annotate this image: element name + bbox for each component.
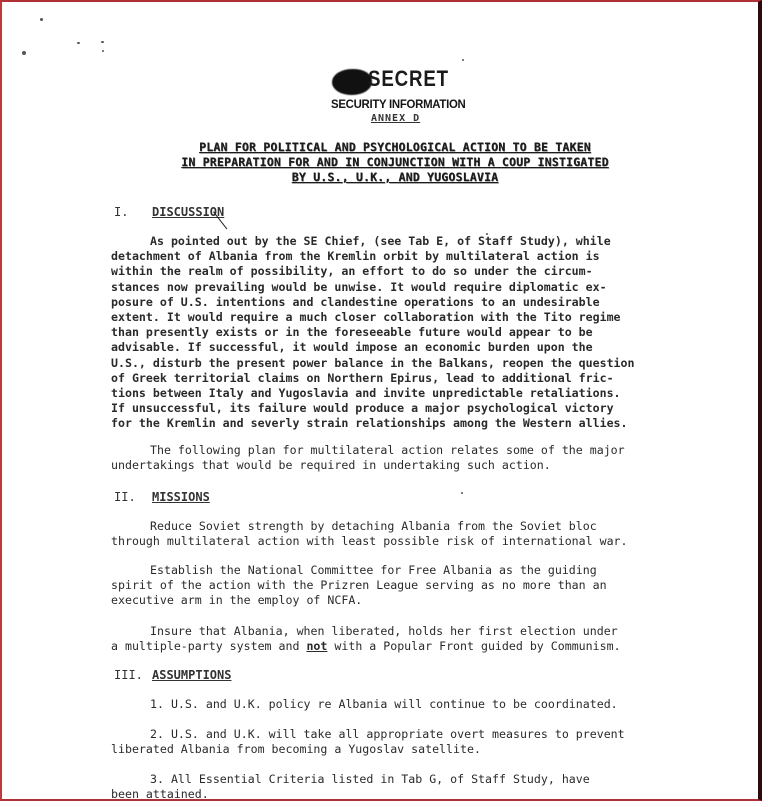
assumption-3: 3. All Essential Criteria listed in Tab … [111, 772, 651, 802]
text-line: of Greek territorial claims on Northern … [111, 371, 651, 386]
scan-speck [461, 492, 463, 494]
text-line: Insure that Albania, when liberated, hol… [111, 624, 651, 639]
missions-paragraph-1: Reduce Soviet strength by detaching Alba… [111, 519, 651, 549]
assumption-2: 2. U.S. and U.K. will take all appropria… [111, 727, 651, 757]
text-line: for the Kremlin and severly strain relat… [111, 416, 651, 431]
text-line: tions between Italy and Yugoslavia and i… [111, 386, 651, 401]
secret-stamp: SECRET [368, 66, 449, 92]
classification-stamp: SECRET SECURITY INFORMATION ANNEX D [328, 64, 468, 124]
text-line: 3. All Essential Criteria listed in Tab … [111, 772, 651, 787]
assumption-1: 1. U.S. and U.K. policy re Albania will … [111, 697, 651, 712]
scan-speck [102, 50, 104, 52]
security-information-label: SECURITY INFORMATION [331, 97, 465, 111]
title-line: PLAN FOR POLITICAL AND PSYCHOLOGICAL ACT… [150, 140, 640, 155]
scan-speck [22, 51, 26, 55]
scan-speck [101, 41, 104, 43]
discussion-paragraph-1: As pointed out by the SE Chief, (see Tab… [111, 234, 651, 432]
scan-speck [40, 18, 43, 21]
text-line: The following plan for multilateral acti… [111, 443, 651, 458]
missions-paragraph-2: Establish the National Committee for Fre… [111, 563, 651, 609]
text-line: liberated Albania from becoming a Yugosl… [111, 742, 651, 757]
text-line: detachment of Albania from the Kremlin o… [111, 249, 651, 264]
text-line: 1. U.S. and U.K. policy re Albania will … [111, 697, 651, 712]
text-line: undertakings that would be required in u… [111, 458, 651, 473]
section-number: II. [114, 490, 152, 504]
section-heading-missions: II.MISSIONS [114, 490, 210, 504]
title-line: BY U.S., U.K., AND YUGOSLAVIA [150, 170, 640, 185]
text-line: executive arm in the employ of NCFA. [111, 593, 651, 608]
scan-speck [462, 59, 464, 61]
scan-speck [77, 42, 80, 44]
text-line: advisable. If successful, it would impos… [111, 340, 651, 355]
text-line: than presently exists or in the foreseea… [111, 325, 651, 340]
text-line: stances now prevailing would be unwise. … [111, 280, 651, 295]
annex-label: ANNEX D [371, 113, 420, 124]
section-heading-discussion: I.DISCUSSION [114, 205, 224, 219]
emphasis-not: not [306, 639, 327, 653]
redaction-blot [332, 69, 372, 95]
missions-paragraph-3: Insure that Albania, when liberated, hol… [111, 624, 651, 654]
section-number: III. [114, 668, 152, 682]
text-fragment: with a Popular Front guided by Communism… [327, 639, 620, 653]
text-line: spirit of the action with the Prizren Le… [111, 578, 651, 593]
text-fragment: a multiple-party system and [111, 639, 306, 653]
document-title: PLAN FOR POLITICAL AND PSYCHOLOGICAL ACT… [150, 140, 640, 185]
text-line: a multiple-party system and not with a P… [111, 639, 651, 654]
text-line: extent. It would require a much closer c… [111, 310, 651, 325]
document-page: SECRET SECURITY INFORMATION ANNEX D PLAN… [0, 0, 768, 807]
text-line: If unsuccessful, its failure would produ… [111, 401, 651, 416]
text-line: U.S., disturb the present power balance … [111, 356, 651, 371]
text-line: been attained. [111, 787, 651, 802]
section-heading-assumptions: III.ASSUMPTIONS [114, 668, 231, 682]
discussion-paragraph-2: The following plan for multilateral acti… [111, 443, 651, 473]
section-title: MISSIONS [152, 490, 210, 504]
section-title: ASSUMPTIONS [152, 668, 231, 682]
text-line: Establish the National Committee for Fre… [111, 563, 651, 578]
section-number: I. [114, 205, 152, 219]
text-line: 2. U.S. and U.K. will take all appropria… [111, 727, 651, 742]
text-line: through multilateral action with least p… [111, 534, 651, 549]
text-line: Reduce Soviet strength by detaching Alba… [111, 519, 651, 534]
title-line: IN PREPARATION FOR AND IN CONJUNCTION WI… [150, 155, 640, 170]
text-line: within the realm of possibility, an effo… [111, 264, 651, 279]
text-line: As pointed out by the SE Chief, (see Tab… [111, 234, 651, 249]
text-line: posure of U.S. intentions and clandestin… [111, 295, 651, 310]
